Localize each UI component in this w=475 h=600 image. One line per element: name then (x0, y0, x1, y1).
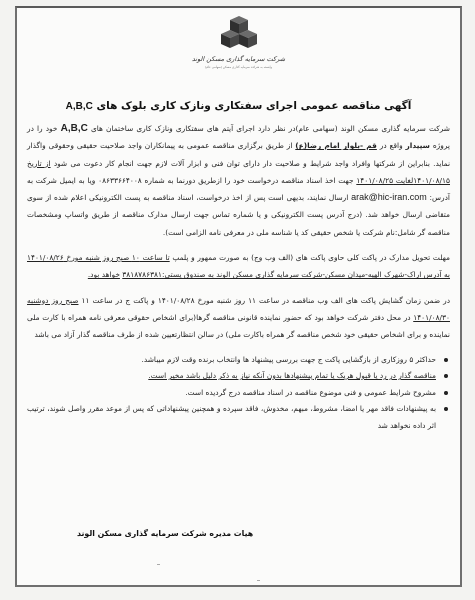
notice-title-blocks: A,B,C (66, 101, 93, 112)
notice-body: شرکت سرمایه گذاری مسکن الوند (سهامی عام)… (27, 120, 450, 434)
list-item: حداکثر ۵ روزکاری از بازگشایی پاکت ج جهت … (27, 352, 450, 369)
bullet-icon (444, 391, 448, 395)
list-item-text: مناقصه گذار در رد یا قبول هریک یا تمام پ… (148, 371, 436, 380)
project-location: قم -بلوار امام رضا(ع) (295, 141, 377, 150)
opening-intro: در ضمن زمان گشایش پاکت های الف وب مناقصه… (81, 296, 450, 305)
invitation-intro: شرکت سرمایه گذاری مسکن الوند (سهامی عام)… (91, 124, 450, 133)
scan-speck (257, 580, 260, 581)
deadline-intro: مهلت تحویل مدارک در پاکت کلی حاوی پاکت ه… (172, 253, 450, 262)
list-item-text: مشروح شرایط عمومی و فنی موضوع مناقصه در … (185, 388, 436, 397)
opening-text: در محل دفتر شرکت خواهد بود که حضور نماین… (27, 313, 450, 339)
paragraph-deadline: مهلت تحویل مدارک در پاکت کلی حاوی پاکت ه… (27, 249, 450, 284)
notice-page: شرکت سرمایه گذاری مسکن الوند وابسته به ش… (15, 6, 462, 587)
scan-speck (157, 564, 160, 565)
notice-title: آگهی مناقصه عمومی اجرای سفتکاری ونازک کا… (17, 100, 460, 112)
company-logo-subtitle: وابسته به شرکت سرمایه گذاری مسکن (سهامی … (17, 65, 460, 69)
building-blocks: A,B,C (61, 123, 88, 134)
bullet-icon (444, 407, 448, 411)
deadline-text: خواهد بود. (88, 270, 120, 279)
project-name: سپیدار (406, 141, 430, 150)
list-item: به پیشنهادات فاقد مهر یا امضا، مشروط، مب… (27, 401, 450, 434)
bullet-icon (444, 358, 448, 362)
notice-title-text: آگهی مناقصه عمومی اجرای سفتکاری ونازک کا… (97, 100, 412, 112)
company-logo: شرکت سرمایه گذاری مسکن الوند وابسته به ش… (17, 14, 460, 69)
conditions-list: حداکثر ۵ روزکاری از بازگشایی پاکت ج جهت … (27, 352, 450, 435)
list-item-text: به پیشنهادات فاقد مهر یا امضا، مشروط، مب… (27, 404, 436, 430)
list-item-text: حداکثر ۵ روزکاری از بازگشایی پاکت ج جهت … (142, 355, 436, 364)
list-item: مشروح شرایط عمومی و فنی موضوع مناقصه در … (27, 385, 450, 402)
signature: هیات مدیره شرکت سرمایه گذاری مسکن الوند (77, 529, 253, 538)
stacked-cubes-icon (219, 14, 259, 54)
invitation-text: واقع در (380, 141, 403, 150)
company-logo-name: شرکت سرمایه گذاری مسکن الوند (17, 55, 460, 63)
contact-email-link[interactable]: arak@hic-iran.com (351, 192, 427, 202)
bullet-icon (444, 374, 448, 378)
list-item: مناقصه گذار در رد یا قبول هریک یا تمام پ… (27, 368, 450, 385)
paragraph-invitation: شرکت سرمایه گذاری مسکن الوند (سهامی عام)… (27, 120, 450, 241)
paragraph-opening: در ضمن زمان گشایش پاکت های الف وب مناقصه… (27, 292, 450, 344)
